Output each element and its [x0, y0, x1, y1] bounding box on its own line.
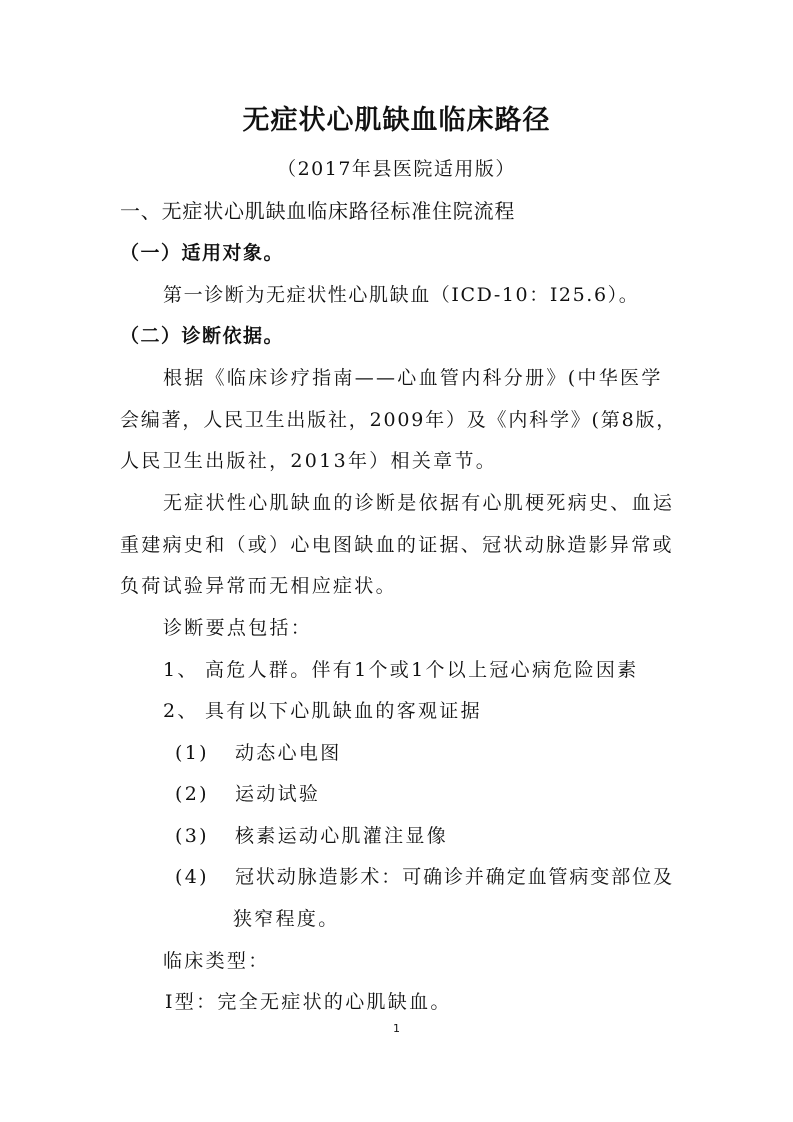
evidence-continuation: 狭窄程度。 — [233, 907, 340, 931]
clinical-type-1: Ⅰ型：完全无症状的心肌缺血。 — [165, 990, 452, 1014]
paragraph-line: 人民卫生出版社，2013年）相关章节。 — [120, 449, 497, 473]
key-point-item: 2、具有以下心肌缺血的客观证据 — [163, 699, 482, 723]
key-point-number: 1、 — [163, 658, 205, 682]
clinical-types-label: 临床类型： — [163, 949, 270, 973]
evidence-number: (2) — [175, 782, 235, 806]
document-subtitle: （2017年县医院适用版） — [0, 154, 793, 181]
subsection-heading-scope: （一）适用对象。 — [120, 241, 284, 265]
evidence-item: (3)核素运动心肌灌注显像 — [175, 824, 448, 848]
subsection-heading-diagnosis: （二）诊断依据。 — [120, 324, 284, 348]
evidence-text: 动态心电图 — [235, 742, 342, 764]
evidence-number: (4) — [175, 865, 235, 889]
evidence-number: (1) — [175, 741, 235, 765]
document-title: 无症状心肌缺血临床路径 — [0, 98, 793, 137]
evidence-item: (4)冠状动脉造影术：可确诊并确定血管病变部位及 — [175, 865, 674, 889]
paragraph-line: 根据《临床诊疗指南——心血管内科分册》(中华医学 — [163, 366, 663, 390]
evidence-item: (1)动态心电图 — [175, 741, 342, 765]
paragraph-line: 无症状性心肌缺血的诊断是依据有心肌梗死病史、血运 — [163, 491, 674, 515]
page-number: 1 — [0, 1022, 793, 1035]
paragraph-line: 负荷试验异常而无相应症状。 — [120, 574, 397, 598]
key-point-text: 具有以下心肌缺血的客观证据 — [205, 700, 482, 722]
evidence-text: 冠状动脉造影术：可确诊并确定血管病变部位及 — [235, 866, 674, 888]
evidence-number: (3) — [175, 824, 235, 848]
evidence-item: (2)运动试验 — [175, 782, 320, 806]
evidence-text: 核素运动心肌灌注显像 — [235, 825, 448, 847]
key-points-label: 诊断要点包括： — [163, 616, 312, 640]
key-point-number: 2、 — [163, 699, 205, 723]
document-page: 无症状心肌缺血临床路径 （2017年县医院适用版） 一、无症状心肌缺血临床路径标… — [0, 0, 793, 1122]
evidence-text: 运动试验 — [235, 783, 320, 805]
key-point-text: 高危人群。伴有1个或1个以上冠心病危险因素 — [205, 659, 638, 681]
paragraph-line: 会编著，人民卫生出版社，2009年）及《内科学》(第8版， — [120, 408, 677, 432]
scope-text: 第一诊断为无症状性心肌缺血（ICD-10：I25.6）。 — [163, 283, 639, 307]
paragraph-line: 重建病史和（或）心电图缺血的证据、冠状动脉造影异常或 — [120, 533, 674, 557]
section-heading: 一、无症状心肌缺血临床路径标准住院流程 — [120, 199, 515, 223]
key-point-item: 1、高危人群。伴有1个或1个以上冠心病危险因素 — [163, 658, 638, 682]
